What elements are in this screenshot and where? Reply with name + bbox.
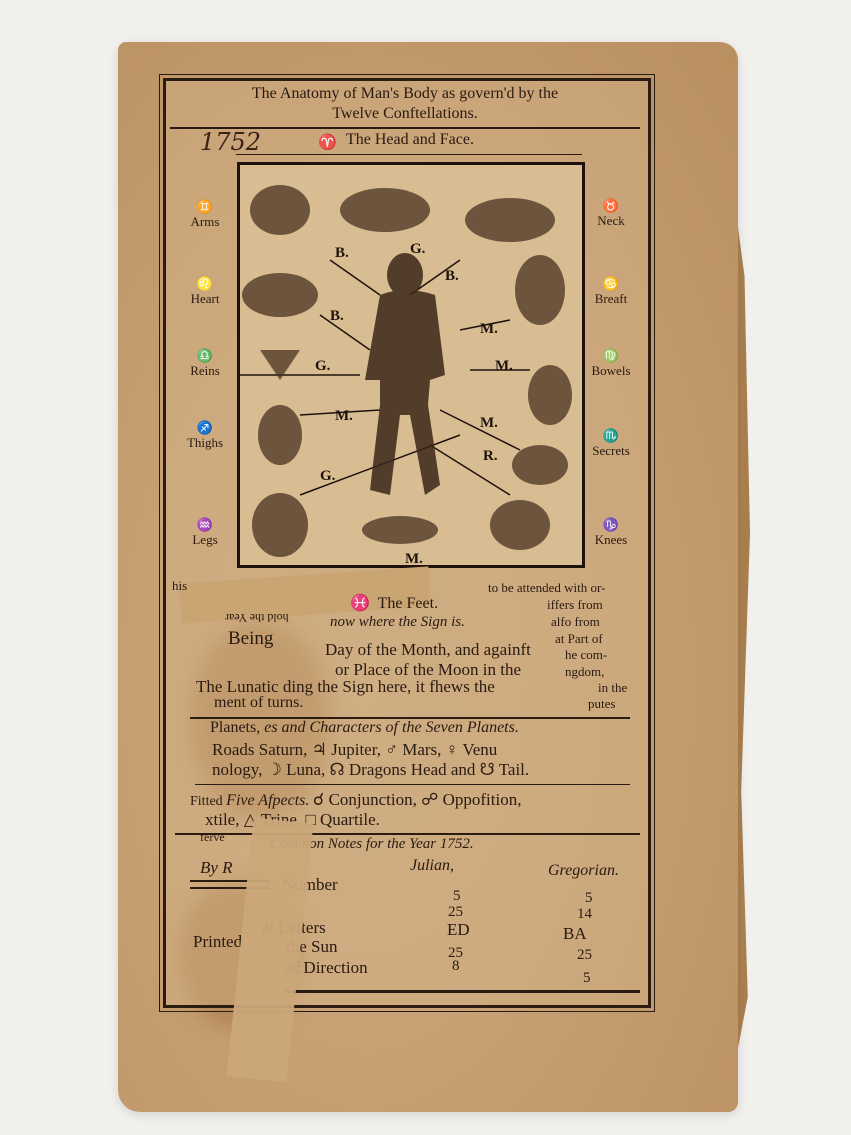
col-julian: Julian,	[410, 857, 454, 875]
aquarius-icon: ♒	[175, 517, 235, 532]
aries-icon: ♈	[318, 133, 337, 152]
ment-line: ment of turns.	[214, 694, 303, 712]
planets-line-1: Roads Saturn, ♃ Jupiter, ♂ Mars, ♀ Venu	[212, 740, 497, 760]
svg-text:B.: B.	[335, 245, 349, 261]
zodiac-man-illustration: B. G. B. B. M. G. M. M. M. R. G. M.	[240, 165, 582, 565]
sign-label: Arms	[191, 214, 220, 229]
row-julian: 25	[448, 904, 463, 921]
svg-text:M.: M.	[480, 321, 498, 337]
fragment-attended: to be attended with or-	[488, 580, 605, 596]
aspects-line1-text: ☌ Conjunction, ☍ Oppofition,	[313, 790, 522, 809]
planets-line2-prefix: nology,	[212, 760, 262, 779]
sign-label: Secrets	[592, 443, 630, 458]
handwritten-year: 1752	[200, 128, 261, 156]
gemini-icon: ♊	[175, 199, 235, 214]
fragment-com: he com-	[565, 647, 607, 663]
row-gregorian: 14	[577, 906, 592, 923]
planets-prefix: Planets,	[210, 719, 260, 736]
sign-thighs: ♐ Thighs	[175, 420, 235, 450]
aspects-prefix: Fitted	[190, 794, 223, 809]
planets-line1-text: Saturn, ♃ Jupiter, ♂ Mars, ♀ Venu	[259, 740, 498, 759]
zodiac-man-woodcut: B. G. B. B. M. G. M. M. M. R. G. M.	[237, 162, 585, 568]
sign-label: Bowels	[592, 363, 631, 378]
sign-label: Legs	[192, 532, 217, 547]
col-gregorian: Gregorian.	[548, 862, 619, 880]
taurus-icon: ♉	[581, 198, 641, 213]
printed-label: Printed	[193, 932, 242, 952]
row-julian: 5	[453, 888, 461, 905]
svg-text:M.: M.	[335, 408, 353, 424]
scorpio-icon: ♏	[581, 428, 641, 443]
planets-title: es and Characters of the Seven Planets.	[264, 719, 519, 736]
row-julian: 8	[452, 958, 460, 975]
row-gregorian: 5	[585, 890, 593, 907]
fragment-putes: putes	[588, 696, 615, 712]
being-word: Being	[228, 628, 273, 650]
fragment-his: his	[172, 578, 187, 594]
svg-text:G.: G.	[410, 241, 426, 257]
sagittarius-icon: ♐	[175, 420, 235, 435]
fragment-part-of: at Part of	[555, 631, 603, 647]
capricorn-icon: ♑	[581, 517, 641, 532]
sign-reins: ♎ Reins	[175, 348, 235, 378]
planets-heading: Planets, es and Characters of the Seven …	[210, 719, 519, 737]
sign-breast: ♋ Breaft	[581, 276, 641, 306]
svg-text:B.: B.	[330, 308, 344, 324]
sign-secrets: ♏ Secrets	[581, 428, 641, 458]
fragment-upside-down: hold the Year	[225, 610, 289, 625]
row-gregorian: 5	[583, 970, 591, 987]
pisces-icon: ♓	[350, 595, 370, 612]
svg-text:M.: M.	[495, 358, 513, 374]
sign-neck: ♉ Neck	[581, 198, 641, 228]
sign-arms: ♊ Arms	[175, 199, 235, 229]
page-title: The Anatomy of Man's Body as govern'd by…	[170, 84, 640, 124]
row-julian: ED	[447, 920, 470, 940]
fragment-differs: iffers from	[547, 597, 603, 613]
row-gregorian: 25	[577, 947, 592, 964]
sign-label: Breaft	[595, 291, 627, 306]
bottom-rule	[285, 990, 640, 993]
aspects-heading: Five Afpects.	[226, 792, 309, 809]
title-line-2: Twelve Conftellations.	[170, 104, 640, 124]
virgo-icon: ♍	[581, 348, 641, 363]
planets-line-2: nology, ☽ Luna, ☊ Dragons Head and ☋ Tai…	[212, 760, 529, 780]
section-rule	[175, 833, 640, 835]
sign-label: Reins	[190, 363, 220, 378]
svg-text:M.: M.	[480, 415, 498, 431]
fragment-in-the: in the	[598, 680, 627, 696]
day-line: Day of the Month, and againft	[325, 640, 531, 660]
section-rule	[195, 784, 630, 785]
by-line: By R	[200, 858, 233, 878]
svg-text:G.: G.	[320, 468, 336, 484]
head-label: The Head and Face.	[346, 131, 474, 149]
sign-label: Knees	[595, 532, 628, 547]
sign-label: Neck	[597, 213, 624, 228]
sign-knees: ♑ Knees	[581, 517, 641, 547]
sign-label: Heart	[191, 291, 220, 306]
cancer-icon: ♋	[581, 276, 641, 291]
fragment-kingdom: ngdom,	[565, 664, 604, 680]
svg-text:R.: R.	[483, 448, 498, 464]
sign-bowels: ♍ Bowels	[581, 348, 641, 378]
sign-heart: ♌ Heart	[175, 276, 235, 306]
feet-label: The Feet.	[378, 595, 438, 612]
sign-label: Thighs	[187, 435, 223, 450]
svg-text:G.: G.	[315, 358, 331, 374]
know-line: now where the Sign is.	[330, 614, 465, 631]
head-rule	[236, 154, 582, 155]
svg-text:M.: M.	[405, 551, 423, 565]
aspects-line-1: Fitted Five Afpects. ☌ Conjunction, ☍ Op…	[190, 790, 521, 810]
title-line-1: The Anatomy of Man's Body as govern'd by…	[170, 84, 640, 104]
libra-icon: ♎	[175, 348, 235, 363]
sign-legs: ♒ Legs	[175, 517, 235, 547]
planets-line1-prefix: Roads	[212, 740, 255, 759]
svg-text:B.: B.	[445, 268, 459, 284]
fragment-also: alfo from	[551, 614, 600, 630]
planets-line2-text: ☽ Luna, ☊ Dragons Head and ☋ Tail.	[267, 760, 530, 779]
feet-line: ♓ The Feet.	[350, 593, 438, 613]
row-gregorian: BA	[563, 924, 587, 944]
leo-icon: ♌	[175, 276, 235, 291]
